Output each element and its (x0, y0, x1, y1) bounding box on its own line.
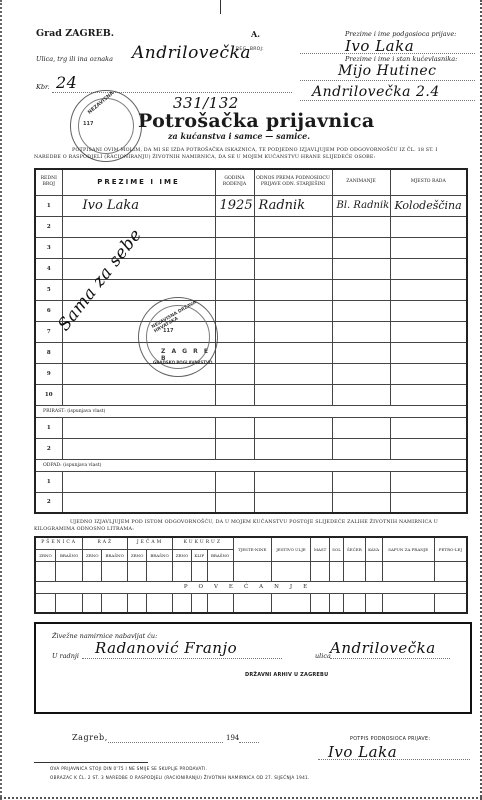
row-number: 5 (35, 279, 62, 300)
table-row: 1 (35, 471, 467, 492)
col-soap: SAPUN ZA PRANJE (382, 537, 434, 561)
footnote-regulation: OBRAZAC K ČL. 2 ST. 3 NAREDBE O RASPODJE… (50, 775, 310, 780)
date-line (108, 742, 223, 743)
col-group-barley: JEČAM (128, 537, 173, 549)
col-header-no: REDNI BROJ (35, 169, 62, 195)
row-number: 1 (35, 417, 62, 438)
col-kerosene: PETRO-LEJ (434, 537, 467, 561)
table-row: 10 (35, 384, 467, 405)
shop-name: Radanović Franjo (95, 639, 237, 657)
table-row: 6 (35, 300, 467, 321)
workplace: Kolodeščina (390, 195, 467, 216)
arrivals-label: PRIRAST: (ispunjava vlast) (35, 405, 467, 417)
landlord-label: Prezime i ime i stan kućevlasnika: (345, 55, 457, 63)
col-oil: JESTIVO ULJE (271, 537, 310, 561)
col-coffee: KAVA (365, 537, 382, 561)
city-heading: Grad ZAGREB. (36, 28, 114, 39)
applicant-line (300, 53, 475, 54)
signature-line (318, 759, 470, 760)
household-table: REDNI BROJ PREZIME I IME GODINA RODENJA … (34, 168, 468, 514)
col-salt: SOL (329, 537, 343, 561)
row-number: 2 (35, 438, 62, 459)
shop-line (82, 658, 282, 659)
col-sugar: ŠEĆER (344, 537, 365, 561)
col-group-corn: KUKURUZ (173, 537, 234, 549)
year-line (239, 742, 259, 743)
declaration-line-1: POTPISANI OVIM MOLIM, DA MI SE IZDA POTR… (72, 148, 477, 153)
col-sub: ZRNO (128, 549, 147, 561)
archive-stamp: DRŽAVNI ARHIV U ZAGREBU (245, 672, 328, 678)
row-number: 1 (35, 471, 62, 492)
table-row: 7 (35, 321, 467, 342)
landlord-line (300, 80, 475, 81)
landlord-value: Mijo Hutinec (338, 63, 437, 79)
shop-street-line (330, 658, 450, 659)
table-row: 1 Ivo Laka 1925 Radnik Bl. Radnik Kolode… (35, 195, 467, 216)
fold-mark (220, 0, 221, 14)
col-sub: KLIP (191, 549, 207, 561)
col-header-year: GODINA RODENJA (215, 169, 254, 195)
col-sub: BRAŠNO (147, 549, 173, 561)
form-letter: A. (251, 29, 260, 39)
increase-row: POVEĆANJE (35, 581, 467, 593)
footnote-price: OVA PRIJAVNICA STOJI DIN 0'75 I NE SMIJE… (50, 766, 207, 771)
house-number-label: Kbr. (36, 83, 49, 91)
departures-label: ODPAD: (ispunjava vlast) (35, 459, 467, 471)
table-row: 9 (35, 363, 467, 384)
increase-label: POVEĆANJE (35, 581, 467, 593)
col-sub: BRAŠNO (102, 549, 128, 561)
col-sub: ZRNO (35, 549, 56, 561)
row-number: 2 (35, 216, 62, 237)
person-name: Ivo Laka (62, 195, 215, 216)
col-header-name: PREZIME I IME (62, 169, 215, 195)
stamp-number: 117 (83, 121, 93, 127)
col-group-rye: RAŽ (83, 537, 128, 549)
table-row: 3 (35, 237, 467, 258)
declaration-line-2: NAREDBE O RASPODJELI (RACIONIRANJU) ŽIVO… (34, 155, 479, 160)
table-header-row: REDNI BROJ PREZIME I IME GODINA RODENJA … (35, 169, 467, 195)
house-number-value: 24 (56, 73, 77, 92)
departures-section-row: ODPAD: (ispunjava vlast) (35, 459, 467, 471)
page-edge-bottom (0, 797, 482, 799)
table-row: 2 (35, 492, 467, 513)
row-number: 1 (35, 195, 62, 216)
col-sub: ZRNO (83, 549, 102, 561)
reg-number-label: REG. BROJ: (236, 47, 264, 52)
row-number: 4 (35, 258, 62, 279)
supplies-intro-1: UJEDNO IZJAVLJUJEM POD ISTOM ODGOVORNOŠĆ… (70, 520, 480, 525)
stamp-number: 117 (163, 328, 173, 334)
increase-values-row (35, 593, 467, 613)
table-row: 8 (35, 342, 467, 363)
col-group-wheat: PŠENICA (35, 537, 83, 549)
supplies-table: PŠENICA RAŽ JEČAM KUKURUZ TJESTE-NINE JE… (34, 536, 468, 614)
row-number: 3 (35, 237, 62, 258)
arrivals-section-row: PRIRAST: (ispunjava vlast) (35, 405, 467, 417)
year-prefix: 194 (226, 734, 239, 742)
supplies-values-row (35, 561, 467, 581)
shop-street-value: Andrilovečka (330, 639, 436, 657)
col-sub: ZRNO (173, 549, 192, 561)
landlord-address-line (300, 100, 475, 101)
col-sub: BRAŠNO (56, 549, 83, 561)
col-pasta: TJESTE-NINE (233, 537, 271, 561)
occupation: Bl. Radnik (332, 195, 390, 216)
table-row: 2 (35, 216, 467, 237)
table-row: 1 (35, 417, 467, 438)
page-edge-left (0, 0, 3, 800)
col-lard: MAST (311, 537, 330, 561)
shop-label: U radnji (52, 652, 79, 660)
row-number: 9 (35, 363, 62, 384)
col-header-workplace: MJESTO RADA (390, 169, 467, 195)
house-number-line (52, 92, 292, 93)
shop-street-label: ulica (315, 652, 331, 660)
footnote-rule (34, 762, 148, 763)
col-sub: BRAŠNO (207, 549, 233, 561)
row-number: 8 (35, 342, 62, 363)
street-label: Ulica, trg ili ina oznaka (36, 55, 113, 63)
supplies-group-row: PŠENICA RAŽ JEČAM KUKURUZ TJESTE-NINE JE… (35, 537, 467, 549)
form-subtitle: za kućanstva i samce — samice. (168, 131, 310, 141)
landlord-address: Andrilovečka 2.4 (312, 84, 440, 100)
signature-label: POTPIS PODNOSIOCA PRIJAVE: (350, 737, 430, 742)
col-header-relation: ODNOS PREMA PODNOSIOCU PRIJAVE ODN. STAR… (254, 169, 332, 195)
stamp-text-bottom: GRADSKO POGLAVARSTVO (153, 360, 212, 365)
birth-year: 1925 (215, 195, 254, 216)
supplies-intro-2: KILOGRAMIMA ODNOSNO LITRAMA: (34, 527, 474, 532)
row-number: 2 (35, 492, 62, 513)
table-row: 2 (35, 438, 467, 459)
col-header-occupation: ZANIMANJE (332, 169, 390, 195)
street-value: Andrilovečka (132, 43, 242, 63)
official-stamp-middle: NEZAVISNA DRŽAVA HRVATSKA Z A G R E B GR… (138, 297, 218, 377)
row-number: 10 (35, 384, 62, 405)
form-title: Potrošačka prijavnica (138, 110, 375, 132)
place-label: Zagreb, (72, 733, 108, 742)
relation: Radnik (254, 195, 332, 216)
